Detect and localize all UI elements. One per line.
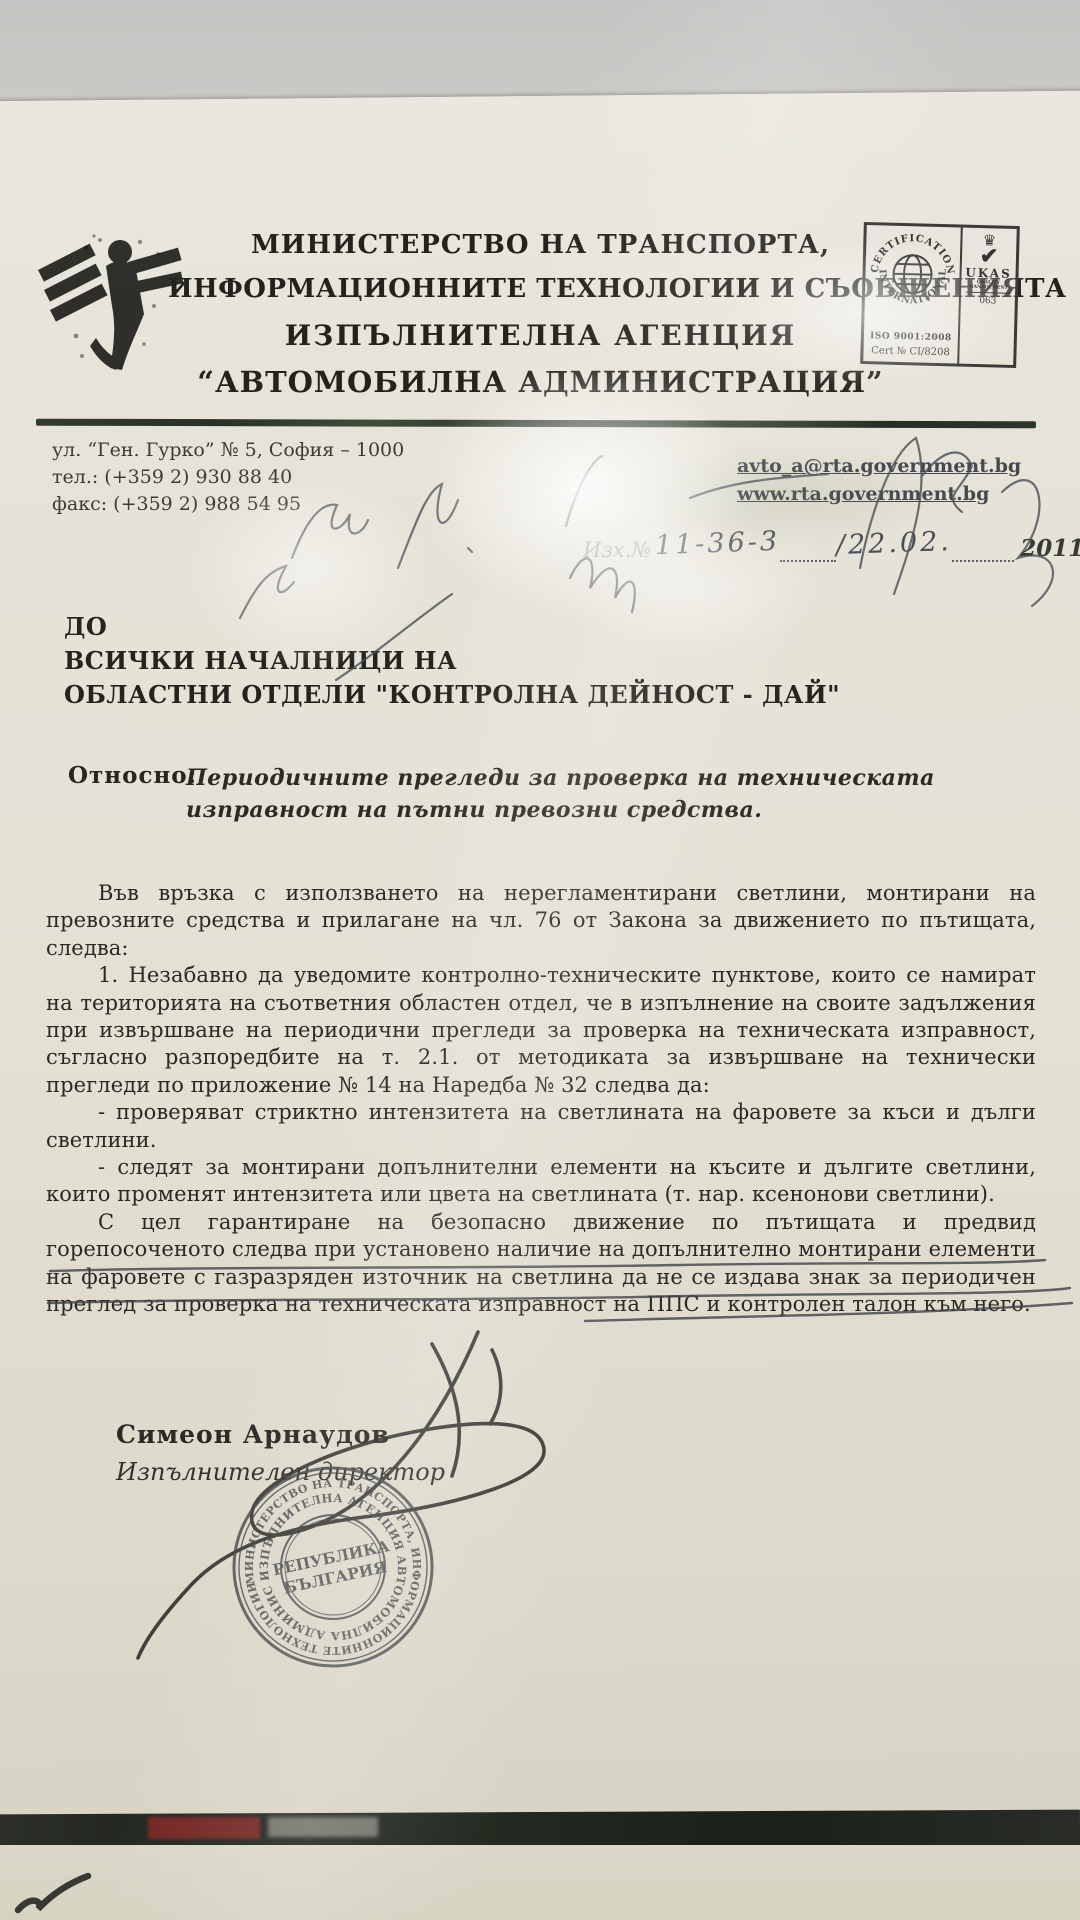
ministry-name-line1: МИНИСТЕРСТВО НА ТРАНСПОРТА,	[168, 230, 913, 260]
ministry-name-line2: ИНФОРМАЦИОННИТЕ ТЕХНОЛОГИИ И СЪОБЩЕНИЯТА	[168, 274, 913, 304]
dotted-line	[952, 556, 1014, 562]
body-paragraph-3: - проверяват стриктно интензитета на све…	[46, 1099, 1036, 1154]
band-highlight	[268, 1817, 378, 1837]
contact-block: ул. “Ген. Гурко” № 5, София – 1000 тел.:…	[52, 437, 404, 518]
reference-line: Изх.№ 11-36-3 /22.02. 2011 г.	[583, 531, 1080, 562]
svg-text:INTERNATIONAL: INTERNATIONAL	[876, 266, 949, 307]
subject-text: Периодичните прегледи за проверка на тех…	[186, 762, 1033, 826]
globe-icon: CERTIFICATION INTERNATIONAL	[864, 225, 960, 319]
web-contact-block: avto_a@rta.government.bg www.rta.governm…	[737, 452, 1021, 508]
ukas-code: 063	[979, 296, 996, 306]
recipient-line-1: ДО	[64, 610, 840, 644]
ref-number-handwritten: 11-36-3	[655, 526, 781, 561]
email-address: avto_a@rta.government.bg	[737, 452, 1021, 480]
body-paragraph-1: Във връзка с използването на нерегламент…	[46, 880, 1036, 962]
website-url: www.rta.government.bg	[737, 480, 1021, 508]
agency-type: ИЗПЪЛНИТЕЛНА АГЕНЦИЯ	[168, 319, 913, 352]
certification-international-seal: CERTIFICATION INTERNATIONAL ISO 9001:200…	[863, 225, 963, 363]
stamp-center-line1: РЕПУБЛИКА	[271, 1536, 392, 1579]
ref-date-handwritten: /22.02.	[836, 526, 953, 561]
iso-standard-text: ISO 9001:2008	[864, 331, 958, 343]
signatory-name: Симеон Арнаудов	[116, 1420, 390, 1449]
fax-line: факс: (+359 2) 988 54 95	[52, 491, 404, 518]
letterhead-divider-rule	[36, 419, 1036, 429]
subject-label: Относно:	[68, 762, 197, 789]
agency-name: “АВТОМОБИЛНА АДМИНИСТРАЦИЯ”	[168, 365, 913, 399]
letter-body: Във връзка с използването на нерегламент…	[46, 880, 1036, 1319]
photo-of-document: МИНИСТЕРСТВО НА ТРАНСПОРТА, ИНФОРМАЦИОНН…	[0, 0, 1080, 1920]
ukas-label: UKAS	[965, 266, 1012, 281]
recipient-block: ДО ВСИЧКИ НАЧАЛНИЦИ НА ОБЛАСТНИ ОТДЕЛИ "…	[64, 610, 840, 712]
red-mark	[148, 1817, 260, 1839]
ukas-subtitle: QUALITY MANAGEMENT	[966, 280, 1010, 294]
subject-block: Относно: Периодичните прегледи за провер…	[68, 762, 1033, 826]
address-line: ул. “Ген. Гурко” № 5, София – 1000	[52, 437, 404, 464]
certification-stamp: CERTIFICATION INTERNATIONAL ISO 9001:200…	[860, 222, 1020, 368]
certificate-number: Cert № CI/8208	[863, 345, 957, 358]
signatory-title: Изпълнителен директор	[116, 1458, 445, 1486]
ref-year-printed: 2011 г.	[1020, 535, 1080, 562]
ukas-seal: ♛ ✔ UKAS QUALITY MANAGEMENT 063	[959, 228, 1017, 365]
letterhead: МИНИСТЕРСТВО НА ТРАНСПОРТА, ИНФОРМАЦИОНН…	[168, 230, 913, 399]
ref-label: Изх.№	[583, 538, 651, 562]
body-paragraph-4: - следят за монтирани допълнителни елеме…	[46, 1154, 1036, 1209]
body-paragraph-2: 1. Незабавно да уведомите контролно-техн…	[46, 962, 1036, 1099]
dotted-line	[780, 556, 836, 562]
checkmark-icon: ✔	[980, 247, 999, 265]
cert-arc-bottom-text: INTERNATIONAL	[876, 266, 949, 307]
ministry-logo-icon	[36, 218, 186, 376]
recipient-line-2: ВСИЧКИ НАЧАЛНИЦИ НА	[64, 644, 840, 678]
stamp-center-line2: БЪЛГАРИЯ	[282, 1557, 389, 1597]
phone-line: тел.: (+359 2) 930 88 40	[52, 464, 404, 491]
body-paragraph-5: С цел гарантиране на безопасно движение …	[46, 1209, 1036, 1319]
recipient-line-3: ОБЛАСТНИ ОТДЕЛИ "КОНТРОЛНА ДЕЙНОСТ - ДАЙ…	[64, 678, 840, 712]
official-letter: МИНИСТЕРСТВО НА ТРАНСПОРТА, ИНФОРМАЦИОНН…	[0, 0, 1080, 1920]
lower-paper-strip	[0, 1845, 1080, 1920]
